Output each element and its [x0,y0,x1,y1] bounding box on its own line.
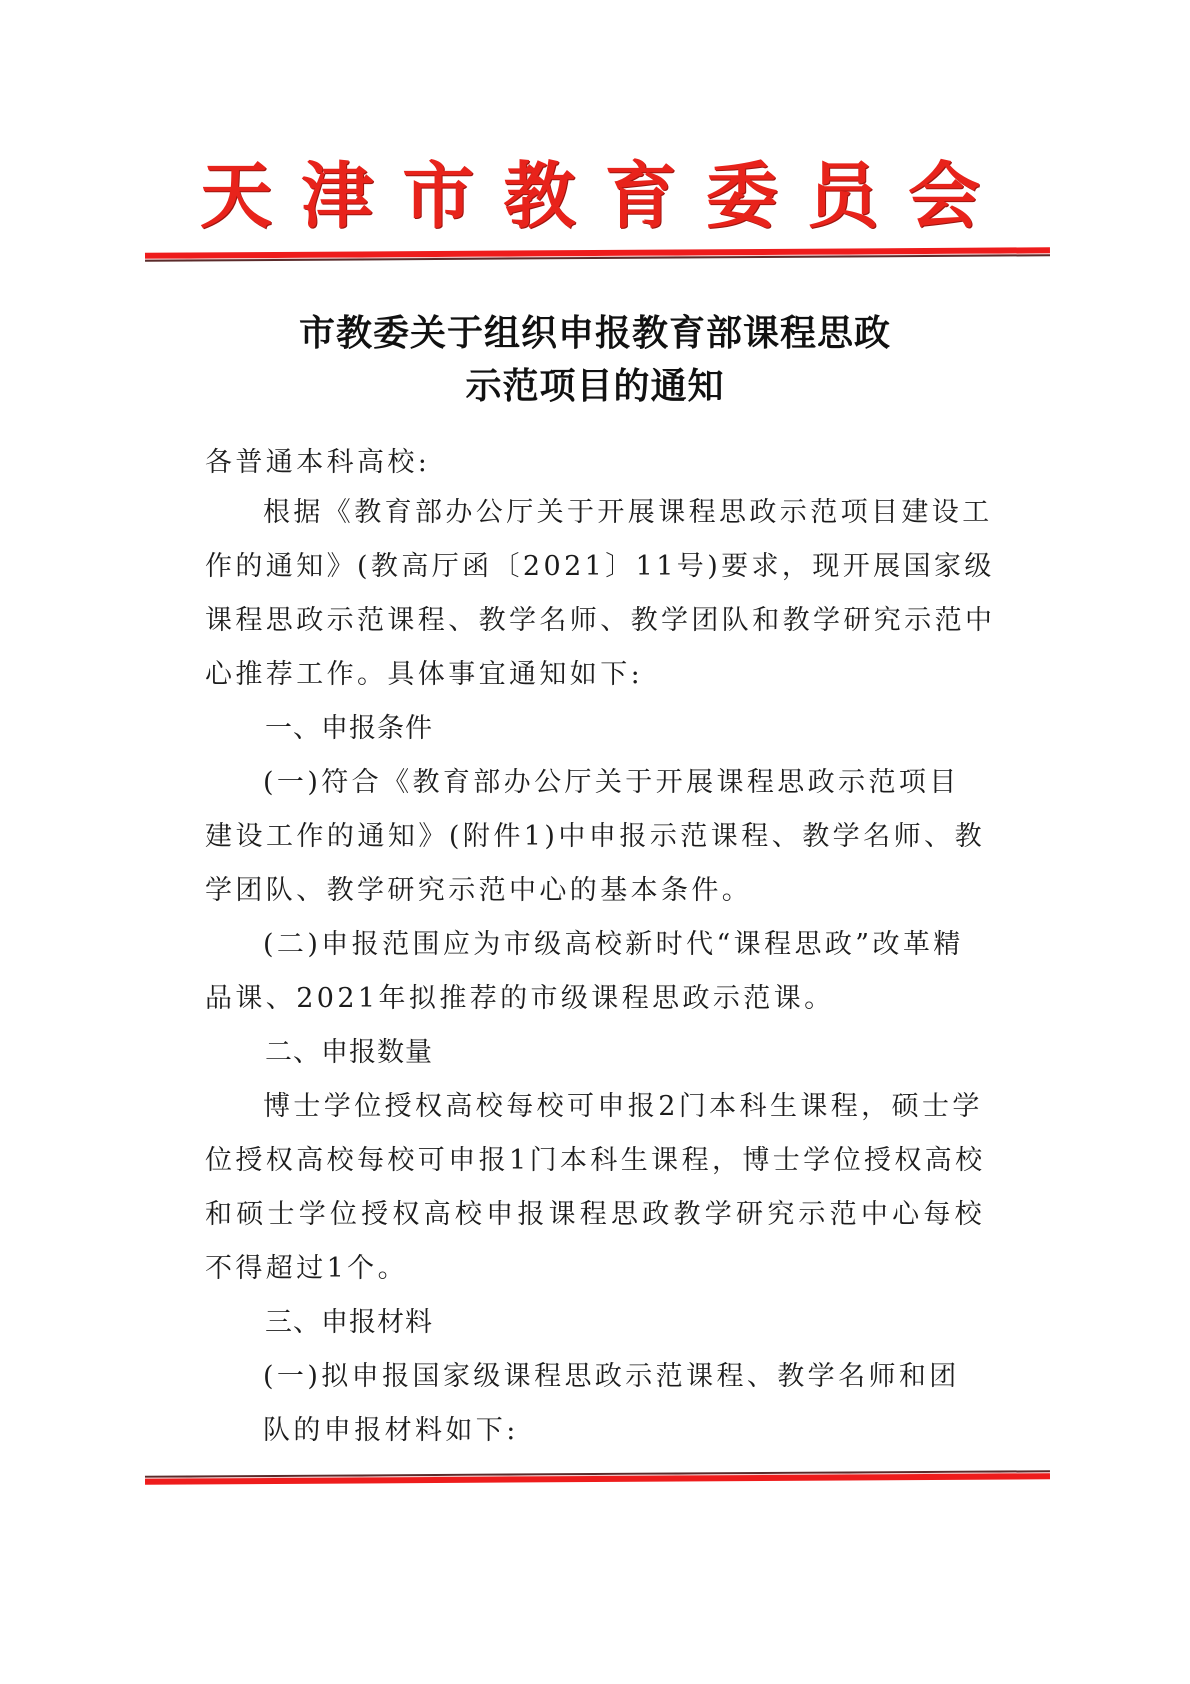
body-text-line: 队的申报材料如下: [263,1408,1043,1447]
document-title-line-1: 市教委关于组织申报教育部课程思政 [0,305,1190,356]
body-text-line: 课程思政示范课程、教学名师、教学团队和教学研究示范中 [205,598,985,637]
body-text-line: 品课、2021年拟推荐的市级课程思政示范课。 [205,976,985,1015]
body-text-line: 和硕士学位授权高校申报课程思政教学研究示范中心每校 [205,1192,985,1231]
organization-header: 天 津 市 教 育 委 员 会 [200,148,980,244]
document-title-line-2: 示范项目的通知 [0,358,1190,409]
document-page: 天 津 市 教 育 委 员 会 市教委关于组织申报教育部课程思政 示范项目的通知… [0,0,1190,1684]
section-heading: 一、申报条件 [265,706,1045,745]
body-text-line: (一)拟申报国家级课程思政示范课程、教学名师和团 [263,1354,1043,1393]
body-text-line: 不得超过1个。 [205,1246,985,1285]
header-char: 津 [301,160,373,232]
body-text-line: 根据《教育部办公厅关于开展课程思政示范项目建设工 [263,490,1043,529]
header-char: 会 [908,160,980,232]
header-char: 员 [807,160,879,232]
body-text-line: 建设工作的通知》(附件1)中申报示范课程、教学名师、教 [205,814,985,853]
body-text-line: 博士学位授权高校每校可申报2门本科生课程，硕士学 [263,1084,1043,1123]
header-char: 委 [706,160,778,232]
header-red-rule [145,247,1050,262]
header-char: 育 [605,160,677,232]
header-char: 天 [200,160,272,232]
body-text-line: 作的通知》(教高厅函〔2021〕11号)要求，现开展国家级 [205,544,985,583]
footer-red-rule [145,1470,1050,1485]
salutation: 各普通本科高校: [205,440,985,479]
body-text-line: 学团队、教学研究示范中心的基本条件。 [205,868,985,907]
header-char: 教 [503,160,575,232]
section-heading: 二、申报数量 [265,1030,1045,1069]
section-heading: 三、申报材料 [265,1300,1045,1339]
body-text-line: 位授权高校每校可申报1门本科生课程，博士学位授权高校 [205,1138,985,1177]
body-text-line: (一)符合《教育部办公厅关于开展课程思政示范项目 [263,760,1043,799]
header-char: 市 [402,160,474,232]
body-text-line: (二)申报范围应为市级高校新时代“课程思政”改革精 [263,922,1043,961]
body-text-line: 心推荐工作。具体事宜通知如下: [205,652,985,691]
